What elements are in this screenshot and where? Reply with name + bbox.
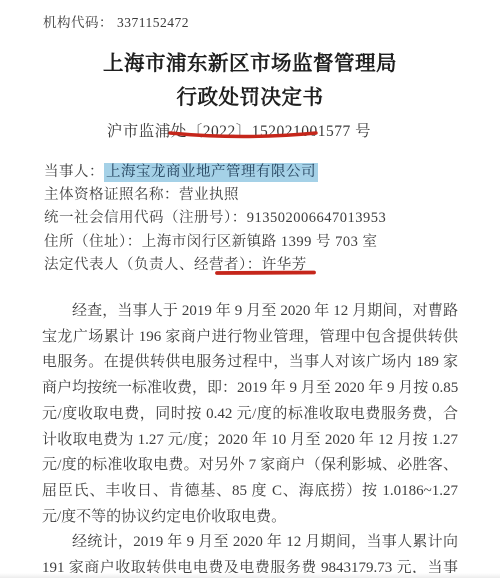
page-bottom-edge [0,573,500,578]
license-type-value: 营业执照 [179,187,239,203]
credit-code-label: 统一社会信用代码（注册号）： [44,210,247,226]
address-line: 住所（住址）：上海市闵行区新镇路 1399 号 703 室 [44,231,474,254]
document-title: 上海市浦东新区市场监督管理局 行政处罚决定书 [0,47,500,115]
body-line: 经查，当事人于 2019 年 9 月至 2020 年 12 月期间，对曹路 [42,299,458,325]
body-line: 元/度的标准收取电费。对另外 7 家商户（保利影城、必胜客、 [42,453,458,479]
penalty-decision-document: 机构代码：3371152472 上海市浦东新区市场监督管理局 行政处罚决定书 沪… [0,0,500,578]
body-line: 计收取电费为 1.27 元/度；2020 年 10 月至 2020 年 12 月… [42,428,458,454]
license-type-line: 主体资格证照名称：营业执照 [44,184,474,207]
document-type-title: 行政处罚决定书 [0,81,500,115]
body-line: 元/度不等的协议约定电价收取电费。 [42,505,458,531]
address-value: 上海市闵行区新镇路 1399 号 703 室 [142,234,378,250]
document-body: 经查，当事人于 2019 年 9 月至 2020 年 12 月期间，对曹路 宝龙… [42,299,458,578]
body-line: 商户均按统一标准收费，即：2019 年 9 月至 2020 年 9 月按 0.8… [42,376,458,402]
party-label: 当事人： [44,164,104,180]
red-underline-legal-representative-annotation [215,268,317,278]
org-code-line: 机构代码：3371152472 [43,11,189,31]
body-line: 屈臣氏、丰收日、肯德基、85 度 C、海底捞）按 1.0186~1.27 [42,479,458,505]
party-name-line: 当事人：上海宝龙商业地产管理有限公司 [44,161,474,184]
address-label: 住所（住址）： [44,234,142,250]
credit-code-line: 统一社会信用代码（注册号）：913502006647013953 [44,207,474,230]
license-type-label: 主体资格证照名称： [44,187,179,203]
credit-code-value: 913502006647013953 [247,210,387,226]
org-code-value: 3371152472 [117,15,189,30]
body-line: 电服务。在提供转供电服务过程中，当事人对该广场内 189 家 [42,350,458,376]
red-underline-doc-number-annotation [168,129,318,141]
body-line: 元/度收取电费，同时按 0.42 元/度的标准收取电费服务费，合 [42,402,458,428]
body-line: 宝龙广场累计 196 家商户进行物业管理，管理中包含提供转供 [42,325,458,351]
body-line: 经统计，2019 年 9 月至 2020 年 12 月期间，当事人累计向 [42,530,458,556]
org-code-label: 机构代码： [43,15,113,30]
party-name-highlighted: 上海宝龙商业地产管理有限公司 [104,163,318,182]
authority-name: 上海市浦东新区市场监督管理局 [0,47,500,81]
party-info: 当事人：上海宝龙商业地产管理有限公司 主体资格证照名称：营业执照 统一社会信用代… [44,161,474,277]
